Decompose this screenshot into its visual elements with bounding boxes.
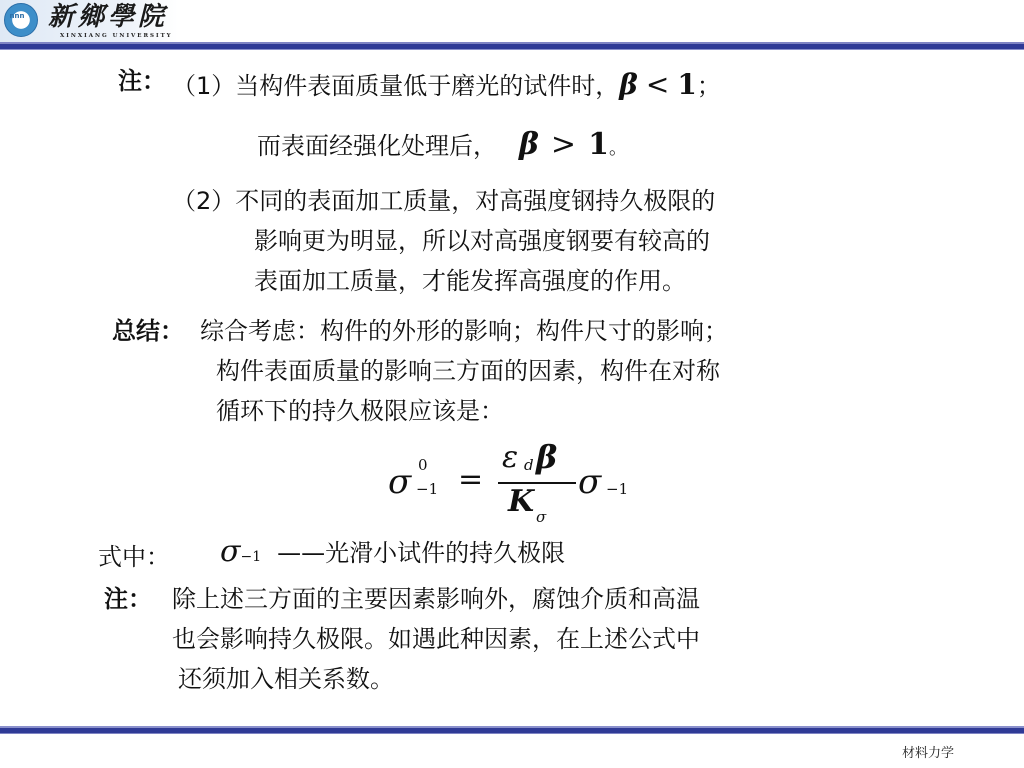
course-name: 材料力学 <box>902 742 954 761</box>
value-one: 1 <box>588 127 609 162</box>
sigma-subscript: −1 <box>240 549 261 565</box>
where-label: 式中： <box>98 543 170 571</box>
note2-line3: 还须加入相关系数。 <box>178 665 394 693</box>
numerator-epsilon-subscript: d <box>524 456 534 474</box>
period: 。 <box>609 138 627 159</box>
summary-label: 总结： <box>112 317 184 345</box>
beta-symbol: β <box>497 127 539 162</box>
denominator-subscript: σ <box>536 508 546 526</box>
semicolon: ； <box>697 72 721 100</box>
summary-line2: 构件表面质量的影响三方面的因素，构件在对称 <box>216 357 720 385</box>
note2-line1: 除上述三方面的主要因素影响外，腐蚀介质和高温 <box>172 585 700 613</box>
beta-symbol: β <box>619 68 638 101</box>
note2-line2: 也会影响持久极限。如遇此种因素，在上述公式中 <box>172 625 700 653</box>
greater-than-op: > <box>539 127 588 162</box>
note1-item2-line3: 表面加工质量，才能发挥高强度的作用。 <box>254 267 686 295</box>
footer-divider-lower <box>0 733 1024 734</box>
lhs-subscript: −1 <box>416 480 438 498</box>
emblem-badge-text: nnn <box>9 11 25 21</box>
lhs-sigma: σ <box>388 462 411 502</box>
endurance-limit-formula: σ 0 −1 = ε d β K σ σ −1 <box>388 442 638 532</box>
note1-item1-line1: （1）当构件表面质量低于磨光的试件时，β<1； <box>172 71 721 100</box>
note2-label: 注： <box>104 585 152 613</box>
note1-item1-text: （1）当构件表面质量低于磨光的试件时， <box>172 72 619 100</box>
note1-item1-line2-text: 而表面经强化处理后， <box>257 132 497 160</box>
note1-item1-line2: 而表面经强化处理后，β>1。 <box>257 131 627 163</box>
where-description: ——光滑小试件的持久极限 <box>261 539 565 567</box>
note1-item2-line1: （2）不同的表面加工质量，对高强度钢持久极限的 <box>172 187 715 215</box>
denominator-K: K <box>508 484 534 519</box>
rhs-subscript: −1 <box>606 480 628 498</box>
lhs-superscript: 0 <box>418 456 428 474</box>
summary-line3: 循环下的持久极限应该是： <box>216 397 504 425</box>
note1-item2-line2: 影响更为明显，所以对高强度钢要有较高的 <box>254 227 710 255</box>
summary-line1: 综合考虑：构件的外形的影响；构件尺寸的影响； <box>200 317 728 345</box>
header-divider-lower <box>0 49 1024 50</box>
numerator-epsilon: ε <box>502 440 518 475</box>
value-one: 1 <box>677 68 696 101</box>
note1-label: 注： <box>118 67 166 95</box>
less-than-op: < <box>638 68 677 101</box>
sigma-symbol: σ <box>220 534 240 569</box>
equals-sign: = <box>458 462 483 497</box>
school-name-en: XINXIANG UNIVERSITY <box>60 33 173 39</box>
where-definition: σ−1——光滑小试件的持久极限 <box>220 538 565 571</box>
numerator-beta: β <box>536 438 557 476</box>
school-name-cn: 新鄉學院 <box>48 1 168 33</box>
rhs-sigma: σ <box>578 462 601 502</box>
